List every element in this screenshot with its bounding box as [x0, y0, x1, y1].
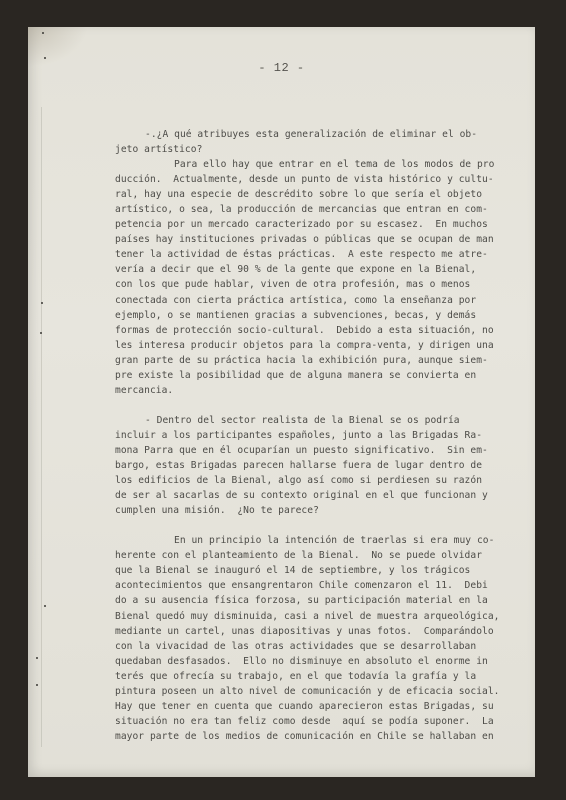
text-line: En un principio la intención de traerlas…	[115, 533, 525, 548]
paragraph-gap	[115, 398, 525, 413]
text-line: con los que pude hablar, viven de otra p…	[115, 277, 525, 292]
text-line: los edificios de la Bienal, algo así com…	[115, 473, 525, 488]
text-line: situación no era tan feliz como desde aq…	[115, 714, 525, 729]
text-line: do a su ausencia física forzosa, su part…	[115, 593, 525, 608]
text-line: Bienal quedó muy disminuida, casi a nive…	[115, 609, 525, 624]
text-line: ejemplo, o se mantienen gracias a subven…	[115, 308, 525, 323]
page-number: - 12 -	[28, 61, 535, 75]
text-line: -.¿A qué atribuyes esta generalización d…	[115, 127, 525, 142]
text-line: tener la actividad de éstas prácticas. A…	[115, 247, 525, 262]
text-line: herente con el planteamiento de la Biena…	[115, 548, 525, 563]
text-line: terés que ofrecía su trabajo, en el que …	[115, 669, 525, 684]
text-line: bargo, estas Brigadas parecen hallarse f…	[115, 458, 525, 473]
paragraph-gap	[115, 518, 525, 533]
text-line: conectada con cierta práctica artística,…	[115, 293, 525, 308]
text-line: Para ello hay que entrar en el tema de l…	[115, 157, 525, 172]
text-line: países hay instituciones privadas o públ…	[115, 232, 525, 247]
text-line: mercancia.	[115, 383, 525, 398]
text-line: de ser al sacarlas de su contexto origin…	[115, 488, 525, 503]
text-line: petencia por un mercado caracterizado po…	[115, 217, 525, 232]
text-line: acontecimientos que ensangrentaron Chile…	[115, 578, 525, 593]
text-line: formas de protección socio-cultural. Deb…	[115, 323, 525, 338]
text-line: que la Bienal se inauguró el 14 de septi…	[115, 563, 525, 578]
text-line: artístico, o sea, la producción de merca…	[115, 202, 525, 217]
text-line: mediante un cartel, unas diapositivas y …	[115, 624, 525, 639]
text-line: incluir a los participantes españoles, j…	[115, 428, 525, 443]
text-line: les interesa producir objetos para la co…	[115, 338, 525, 353]
text-line: pre existe la posibilidad que de alguna …	[115, 368, 525, 383]
text-line: ral, hay una especie de descrédito sobre…	[115, 187, 525, 202]
text-line: pintura poseen un alto nivel de comunica…	[115, 684, 525, 699]
text-line: mayor parte de los medios de comunicació…	[115, 729, 525, 744]
text-line: gran parte de su práctica hacia la exhib…	[115, 353, 525, 368]
document-page: - 12 - -.¿A qué atribuyes esta generaliz…	[28, 27, 535, 777]
text-line: - Dentro del sector realista de la Biena…	[115, 413, 525, 428]
typewritten-body: -.¿A qué atribuyes esta generalización d…	[115, 127, 525, 744]
text-line: ducción. Actualmente, desde un punto de …	[115, 172, 525, 187]
margin-rule	[41, 107, 42, 747]
text-line: quedaban desfasados. Ello no disminuye e…	[115, 654, 525, 669]
text-line: Hay que tener en cuenta que cuando apare…	[115, 699, 525, 714]
text-line: mona Parra que en él ocuparían un puesto…	[115, 443, 525, 458]
text-line: vería a decir que el 90 % de la gente qu…	[115, 262, 525, 277]
text-line: jeto artístico?	[115, 142, 525, 157]
text-line: cumplen una misión. ¿No te parece?	[115, 503, 525, 518]
text-line: con la vivacidad de las otras actividade…	[115, 639, 525, 654]
